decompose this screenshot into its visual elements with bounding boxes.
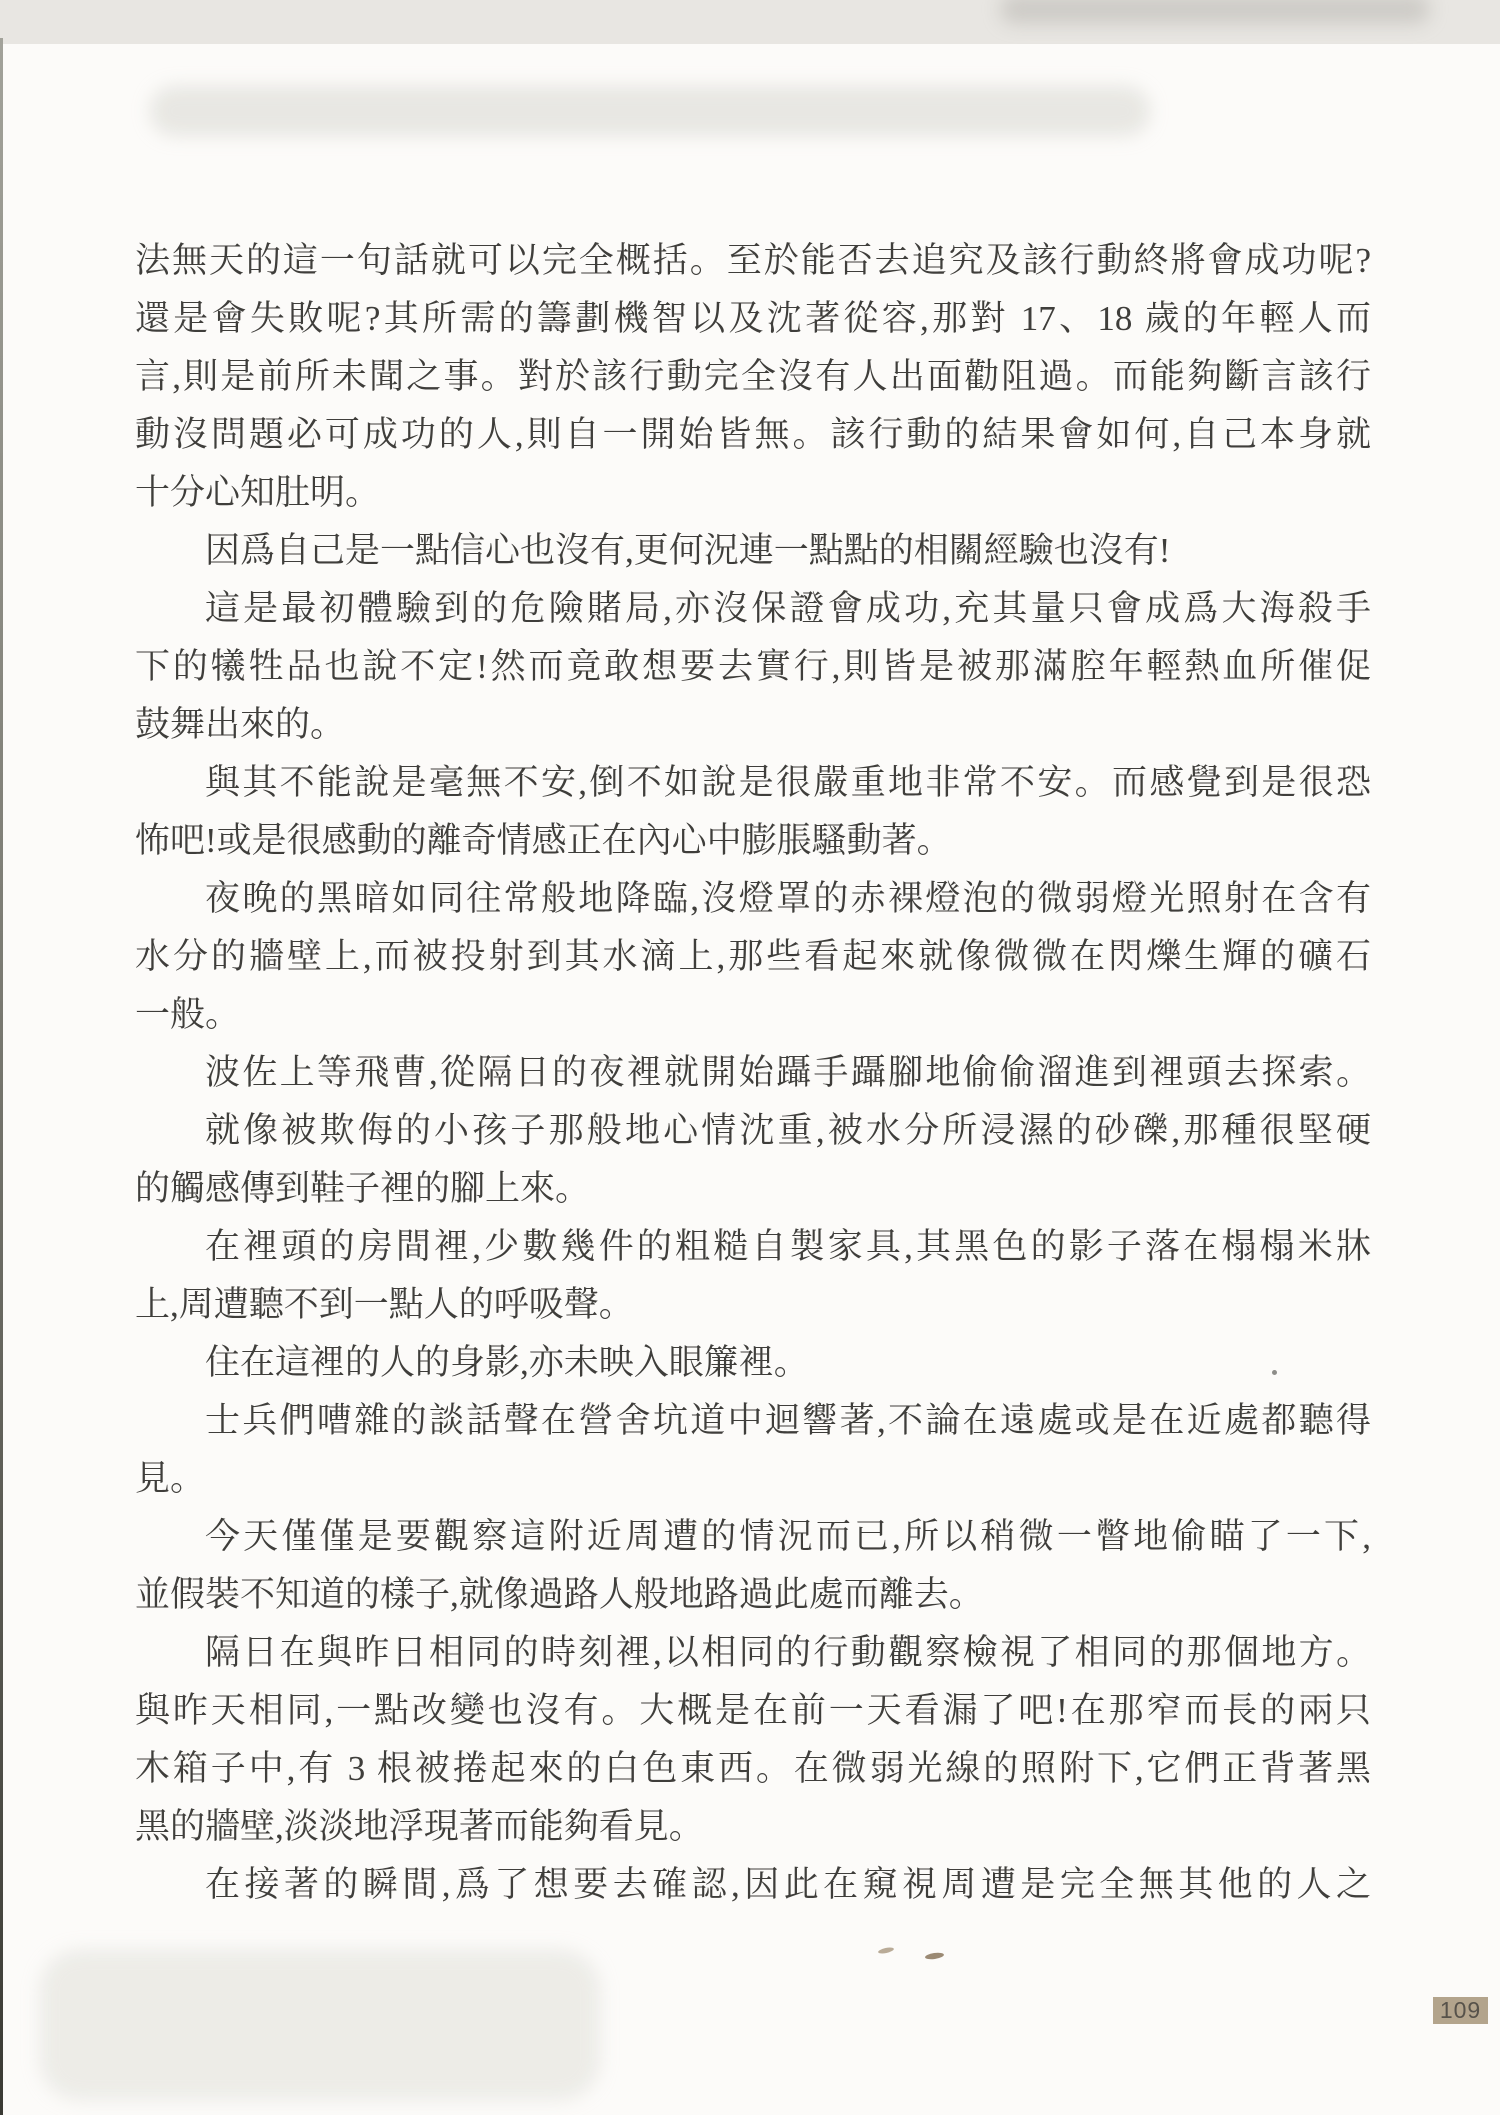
text-line: 木箱子中,有 3 根被捲起來的白色東西。在微弱光線的照附下,它們正背著黑 — [135, 1740, 1371, 1798]
scan-speck — [878, 1946, 895, 1954]
page-top-edge-shadow — [0, 0, 1500, 44]
text-line: 的觸感傳到鞋子裡的腳上來。 — [135, 1160, 1371, 1218]
text-line: 在裡頭的房間裡,少數幾件的粗糙自製家具,其黑色的影子落在榻榻米牀 — [135, 1218, 1371, 1276]
text-line: 就像被欺侮的小孩子那般地心情沈重,被水分所浸濕的砂礫,那種很堅硬 — [135, 1102, 1371, 1160]
body-text: 法無天的這一句話就可以完全概括。至於能否去追究及該行動終將會成功呢?還是會失敗呢… — [135, 232, 1371, 1914]
text-line: 還是會失敗呢?其所需的籌劃機智以及沈著從容,那對 17、18 歲的年輕人而 — [135, 290, 1371, 348]
page-left-edge-line — [0, 38, 3, 2115]
text-line: 波佐上等飛曹,從隔日的夜裡就開始躡手躡腳地偷偷溜進到裡頭去探索。 — [135, 1044, 1371, 1102]
text-line: 黑的牆壁,淡淡地浮現著而能夠看見。 — [135, 1798, 1371, 1856]
page-number: 109 — [1440, 1997, 1481, 2024]
scan-speck — [1272, 1370, 1277, 1375]
text-line: 水分的牆壁上,而被投射到其水滴上,那些看起來就像微微在閃爍生輝的礦石 — [135, 928, 1371, 986]
text-line: 並假裝不知道的樣子,就像過路人般地路過此處而離去。 — [135, 1566, 1371, 1624]
text-line: 士兵們嘈雜的談話聲在營舍坑道中迴響著,不論在遠處或是在近處都聽得 — [135, 1392, 1371, 1450]
text-line: 與昨天相同,一點改變也沒有。大概是在前一天看漏了吧!在那窄而長的兩只 — [135, 1682, 1371, 1740]
text-line: 因爲自己是一點信心也沒有,更何況連一點點的相關經驗也沒有! — [135, 522, 1371, 580]
scanned-book-page: 法無天的這一句話就可以完全概括。至於能否去追究及該行動終將會成功呢?還是會失敗呢… — [0, 0, 1500, 2115]
text-line: 見。 — [135, 1450, 1371, 1508]
text-line: 夜晚的黑暗如同往常般地降臨,沒燈罩的赤裸燈泡的微弱燈光照射在含有 — [135, 870, 1371, 928]
text-line: 隔日在與昨日相同的時刻裡,以相同的行動觀察檢視了相同的那個地方。 — [135, 1624, 1371, 1682]
scan-speck — [925, 1952, 945, 1961]
bleedthrough-smudge — [40, 1950, 600, 2100]
text-line: 法無天的這一句話就可以完全概括。至於能否去追究及該行動終將會成功呢? — [135, 232, 1371, 290]
text-line: 十分心知肚明。 — [135, 464, 1371, 522]
text-line: 這是最初體驗到的危險賭局,亦沒保證會成功,充其量只會成爲大海殺手 — [135, 580, 1371, 638]
bleedthrough-smudge — [150, 86, 1150, 136]
text-line: 動沒問題必可成功的人,則自一開始皆無。該行動的結果會如何,自己本身就 — [135, 406, 1371, 464]
text-line: 下的犧牲品也說不定!然而竟敢想要去實行,則皆是被那滿腔年輕熱血所催促 — [135, 638, 1371, 696]
text-line: 一般。 — [135, 986, 1371, 1044]
page-number-badge: 109 — [1433, 1997, 1488, 2024]
text-line: 住在這裡的人的身影,亦未映入眼簾裡。 — [135, 1334, 1371, 1392]
text-line: 怖吧!或是很感動的離奇情感正在內心中膨脹騷動著。 — [135, 812, 1371, 870]
text-line: 與其不能說是毫無不安,倒不如說是很嚴重地非常不安。而感覺到是很恐 — [135, 754, 1371, 812]
text-line: 在接著的瞬間,爲了想要去確認,因此在窺視周遭是完全無其他的人之 — [135, 1856, 1371, 1914]
text-line: 今天僅僅是要觀察這附近周遭的情況而已,所以稍微一瞥地偷瞄了一下, — [135, 1508, 1371, 1566]
text-line: 上,周遭聽不到一點人的呼吸聲。 — [135, 1276, 1371, 1334]
text-line: 鼓舞出來的。 — [135, 696, 1371, 754]
text-line: 言,則是前所未聞之事。對於該行動完全沒有人出面勸阻過。而能夠斷言該行 — [135, 348, 1371, 406]
